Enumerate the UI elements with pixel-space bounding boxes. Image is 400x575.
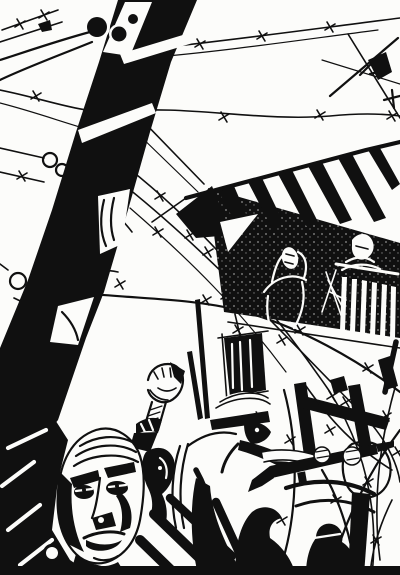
illustration-plate: Camp uprising — black ink illustration	[0, 0, 400, 575]
bottom-border-band	[0, 566, 400, 575]
camp-illustration: Camp uprising — black ink illustration	[0, 0, 400, 575]
